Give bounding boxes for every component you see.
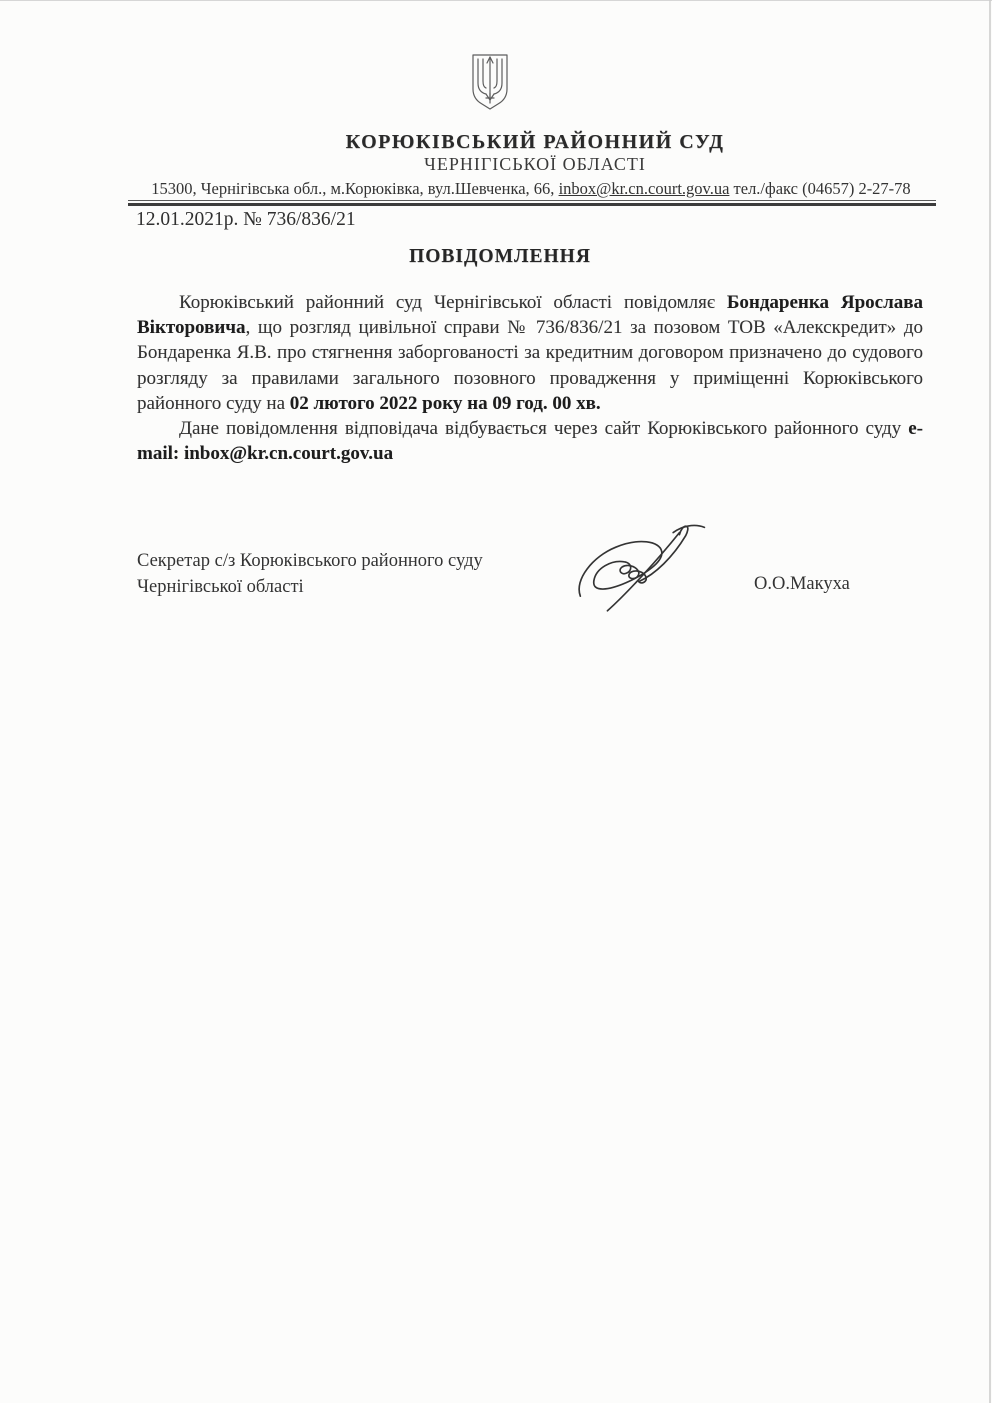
p1-text: Корюківський районний суд Чернігівської …	[179, 292, 727, 313]
ukraine-trident-emblem-icon	[470, 53, 510, 111]
notice-body: Корюківський районний суд Чернігівської …	[137, 290, 923, 466]
signer-role-line1: Секретар с/з Корюківського районного суд…	[137, 549, 483, 575]
court-name-heading: КОРЮКІВСЬКИЙ РАЙОННИЙ СУД	[100, 131, 970, 154]
date-and-case-number: 12.01.2021р. № 736/836/21	[136, 209, 356, 231]
hearing-datetime-bold: 02 лютого 2022 року на 09 год. 00 хв.	[290, 393, 601, 414]
p2-text-2: суду	[866, 418, 909, 439]
p2-text: Дане повідомлення відповідача відбуваєть…	[179, 418, 866, 439]
court-address-line: 15300, Чернігівська обл., м.Корюківка, в…	[128, 179, 934, 199]
address-phone-text: тел./факс (04657) 2-27-78	[729, 179, 910, 198]
address-text: 15300, Чернігівська обл., м.Корюківка, в…	[151, 179, 558, 198]
paragraph-2: Дане повідомлення відповідача відбуваєть…	[137, 416, 923, 466]
document-title: ПОВІДОМЛЕННЯ	[130, 246, 870, 268]
scan-edge-right	[989, 0, 991, 1403]
paragraph-1: Корюківський районний суд Чернігівської …	[137, 290, 923, 416]
scanned-court-notice-page: КОРЮКІВСЬКИЙ РАЙОННИЙ СУД ЧЕРНІГІСЬКОЇ О…	[0, 0, 992, 1403]
signer-role-block: Секретар с/з Корюківського районного суд…	[137, 549, 483, 600]
signer-role-line2: Чернігівської області	[137, 575, 483, 601]
handwritten-signature-icon	[572, 516, 718, 618]
court-region-heading: ЧЕРНІГІСЬКОЇ ОБЛАСТІ	[100, 154, 970, 175]
scan-edge-top	[0, 0, 992, 1]
letterhead-divider-rule	[128, 200, 936, 206]
court-email-text: inbox@kr.cn.court.gov.ua	[559, 179, 730, 198]
signer-name: О.О.Макуха	[754, 574, 850, 595]
